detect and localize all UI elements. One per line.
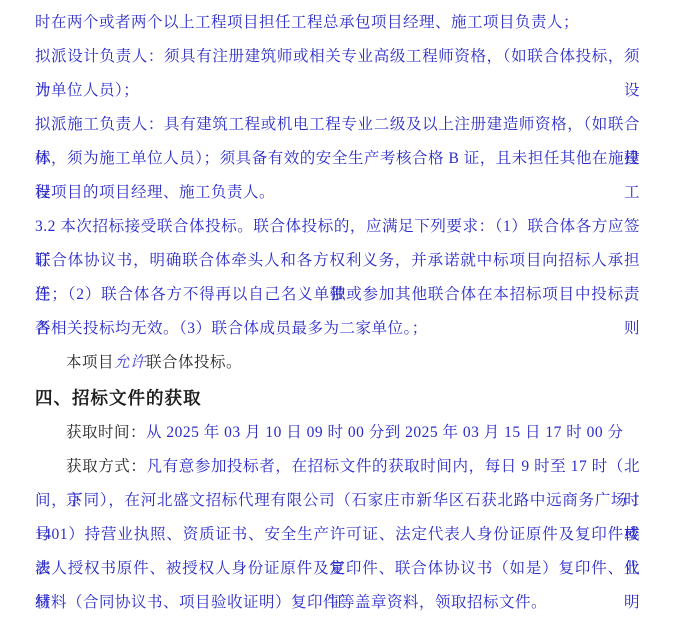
text-run: 获取时间： (66, 424, 146, 441)
document-page: 时在两个或者两个以上工程项目担任工程总承包项目经理、施工项目负责人；拟派设计负责… (0, 0, 676, 622)
document-line: 获取时间：从 2025 年 03 月 10 日 09 时 00 分到 2025 … (35, 416, 640, 450)
document-line: 获取方式：凡有意参加投标者，在招标文件的获取时间内，每日 9 时至 17 时（北… (35, 450, 640, 484)
text-run: 材料（合同协议书、项目验收证明）复印件等盖章资料，领取招标文件。 (35, 594, 547, 611)
text-run: 从 2025 年 03 月 10 日 09 时 00 分到 2025 年 03 … (146, 424, 624, 441)
document-line: 联合体协议书，明确联合体牵头人和各方权利义务，并承诺就中标项目向招标人承担连带责 (35, 244, 640, 278)
document-line: 本项目允许联合体投标。 (35, 346, 640, 380)
section-heading: 四、招标文件的获取 (35, 380, 640, 416)
text-run: 四、招标文件的获取 (35, 388, 202, 408)
document-line: 间，下同），在河北盛文招标代理有限公司（石家庄市新华区石获北路中远商务广场 1 … (35, 484, 640, 518)
document-text-body: 时在两个或者两个以上工程项目担任工程总承包项目经理、施工项目负责人；拟派设计负责… (35, 6, 640, 620)
document-line: 表人授权书原件、被授权人身份证原件及复印件、联合体协议书（如是）复印件、业绩证明 (35, 552, 640, 586)
document-line: 拟派施工负责人：具有建筑工程或机电工程专业二级及以上注册建造师资格，（如联合体投 (35, 108, 640, 142)
text-run: 获取方式： (66, 458, 147, 475)
document-line: 时在两个或者两个以上工程项目担任工程总承包项目经理、施工项目负责人； (35, 6, 640, 40)
document-line: 3.2 本次招标接受联合体投标。联合体投标的，应满足下列要求：（1）联合体各方应… (35, 210, 640, 244)
document-line: 标，须为施工单位人员）；须具备有效的安全生产考核合格 B 证，且未担任其他在施建… (35, 142, 640, 176)
text-run: 计单位人员）； (35, 82, 139, 99)
text-run: 程项目的项目经理、施工负责人。 (35, 184, 275, 201)
document-line: 拟派设计负责人：须具有注册建筑师或相关专业高级工程师资格，（如联合体投标，须为设 (35, 40, 640, 74)
text-run: 联合体投标。 (146, 354, 242, 371)
text-run: 本项目 (66, 354, 114, 371)
text-run: 各相关投标均无效。（3）联合体成员最多为二家单位。； (35, 320, 428, 337)
document-line: 1401）持营业执照、资质证书、安全生产许可证、法定代表人身份证原件及复印件或法… (35, 518, 640, 552)
text-run: 时在两个或者两个以上工程项目担任工程总承包项目经理、施工项目负责人； (35, 14, 579, 31)
document-line: 任；（2）联合体各方不得再以自己名义单独或参加其他联合体在本招标项目中投标，否则 (35, 278, 640, 312)
text-run: 允许 (114, 354, 146, 371)
